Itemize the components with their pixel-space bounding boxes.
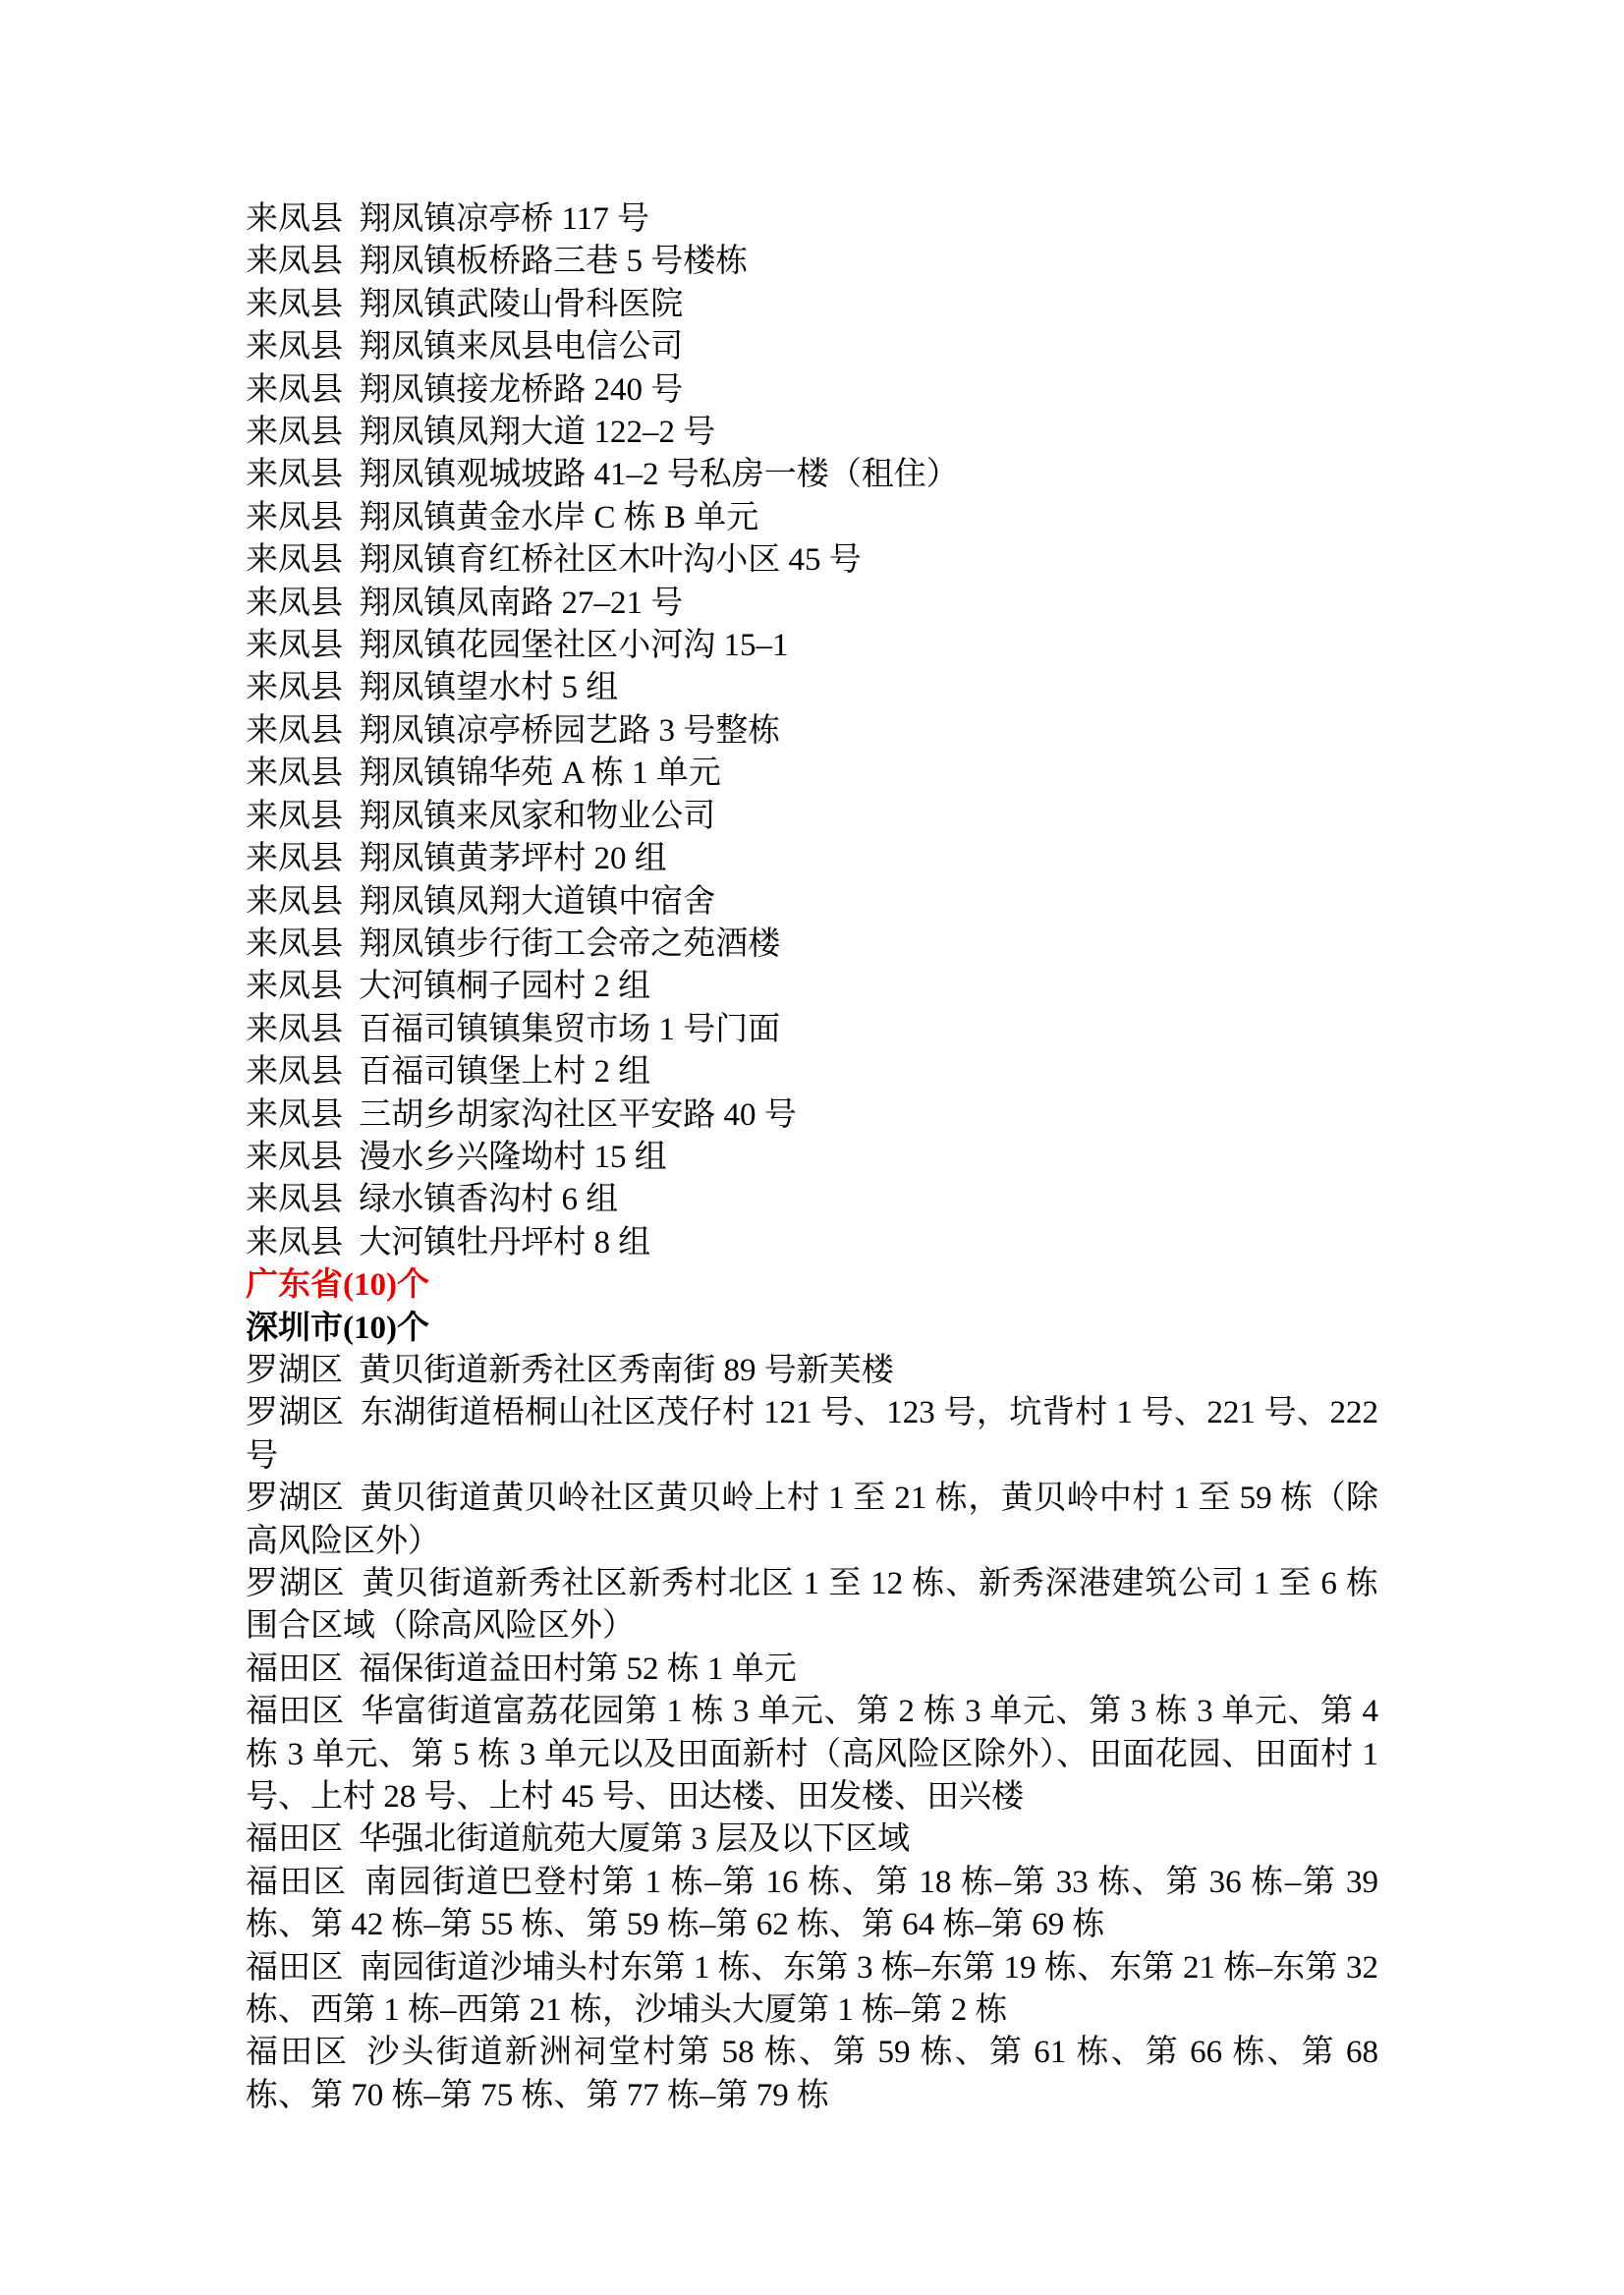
address-text: 绿水镇香沟村 6 组: [359, 1182, 618, 1217]
risk-area-entry: 福田区 华富街道富荔花园第 1 栋 3 单元、第 2 栋 3 单元、第 3 栋 …: [246, 1691, 1378, 1819]
address-text: 南园街道沙埔头村东第 1 栋、东第 3 栋–东第 19 栋、东第 21 栋–东第…: [246, 1950, 1378, 2028]
region-label: 来凤县: [246, 287, 343, 322]
address-text: 翔凤镇凤南路 27–21 号: [359, 586, 683, 621]
region-label: 来凤县: [246, 1225, 343, 1260]
region-label: 福田区: [246, 1694, 345, 1729]
address-text: 大河镇桐子园村 2 组: [359, 969, 650, 1004]
address-text: 南园街道巴登村第 1 栋–第 16 栋、第 18 栋–第 33 栋、第 36 栋…: [246, 1865, 1378, 1942]
address-text: 百福司镇镇集贸市场 1 号门面: [359, 1012, 780, 1047]
risk-area-entry: 来凤县 翔凤镇凤翔大道 122–2 号: [246, 412, 1378, 454]
risk-area-entry: 罗湖区 黄贝街道新秀社区新秀村北区 1 至 12 栋、新秀深港建筑公司 1 至 …: [246, 1563, 1378, 1649]
region-label: 来凤县: [246, 1182, 343, 1217]
region-label: 来凤县: [246, 244, 343, 279]
risk-area-entry: 来凤县 翔凤镇步行街工会帝之苑酒楼: [246, 924, 1378, 966]
address-text: 翔凤镇凉亭桥园艺路 3 号整栋: [359, 713, 780, 749]
risk-area-entry: 来凤县 大河镇桐子园村 2 组: [246, 966, 1378, 1008]
risk-area-entry: 福田区 福保街道益田村第 52 栋 1 单元: [246, 1649, 1378, 1691]
risk-area-entry: 罗湖区 东湖街道梧桐山社区茂仔村 121 号、123 号，坑背村 1 号、221…: [246, 1392, 1378, 1478]
address-text: 翔凤镇武陵山骨科医院: [359, 287, 683, 322]
address-text: 黄贝街道黄贝岭社区黄贝岭上村 1 至 21 栋，黄贝岭中村 1 至 59 栋（除…: [246, 1481, 1378, 1558]
address-text: 漫水乡兴隆坳村 15 组: [359, 1140, 667, 1175]
risk-area-entry: 来凤县 翔凤镇武陵山骨科医院: [246, 284, 1378, 326]
address-text: 翔凤镇接龙桥路 240 号: [359, 372, 683, 408]
region-label: 来凤县: [246, 1054, 343, 1090]
region-label: 罗湖区: [246, 1395, 344, 1430]
region-label: 来凤县: [246, 713, 343, 749]
risk-area-entry: 来凤县 三胡乡胡家沟社区平安路 40 号: [246, 1094, 1378, 1137]
address-text: 翔凤镇凤翔大道 122–2 号: [359, 415, 715, 450]
address-text: 翔凤镇望水村 5 组: [359, 670, 618, 705]
risk-area-entry: 来凤县 翔凤镇板桥路三巷 5 号楼栋: [246, 241, 1378, 283]
region-label: 福田区: [246, 2035, 349, 2070]
region-label: 来凤县: [246, 415, 343, 450]
risk-area-entry: 来凤县 翔凤镇来凤家和物业公司: [246, 796, 1378, 838]
address-text: 黄贝街道新秀社区新秀村北区 1 至 12 栋、新秀深港建筑公司 1 至 6 栋围…: [246, 1566, 1378, 1644]
address-text: 福保街道益田村第 52 栋 1 单元: [359, 1651, 797, 1687]
region-label: 来凤县: [246, 969, 343, 1004]
address-text: 华强北街道航苑大厦第 3 层及以下区域: [359, 1821, 910, 1857]
region-label: 来凤县: [246, 799, 343, 834]
risk-area-entry: 罗湖区 黄贝街道黄贝岭社区黄贝岭上村 1 至 21 栋，黄贝岭中村 1 至 59…: [246, 1478, 1378, 1563]
address-text: 三胡乡胡家沟社区平安路 40 号: [359, 1097, 797, 1133]
address-text: 翔凤镇黄茅坪村 20 组: [359, 841, 667, 876]
address-text: 翔凤镇来凤县电信公司: [359, 329, 683, 364]
region-label: 来凤县: [246, 329, 343, 364]
risk-area-entry: 来凤县 翔凤镇望水村 5 组: [246, 667, 1378, 709]
risk-area-entry: 来凤县 漫水乡兴隆坳村 15 组: [246, 1137, 1378, 1179]
address-text: 翔凤镇步行街工会帝之苑酒楼: [359, 926, 780, 962]
risk-area-entry: 来凤县 翔凤镇来凤县电信公司: [246, 326, 1378, 368]
risk-area-entry: 来凤县 翔凤镇花园堡社区小河沟 15–1: [246, 625, 1378, 667]
risk-area-entry: 罗湖区 黄贝街道新秀社区秀南街 89 号新芙楼: [246, 1350, 1378, 1392]
address-text: 黄贝街道新秀社区秀南街 89 号新芙楼: [359, 1353, 894, 1388]
address-text: 翔凤镇花园堡社区小河沟 15–1: [359, 628, 788, 663]
address-text: 沙头街道新洲祠堂村第 58 栋、第 59 栋、第 61 栋、第 66 栋、第 6…: [246, 2035, 1378, 2112]
risk-area-entry: 福田区 南园街道沙埔头村东第 1 栋、东第 3 栋–东第 19 栋、东第 21 …: [246, 1947, 1378, 2033]
region-label: 来凤县: [246, 756, 343, 791]
region-label: 福田区: [246, 1651, 343, 1687]
risk-area-entry: 来凤县 翔凤镇黄金水岸 C 栋 B 单元: [246, 497, 1378, 539]
city-header: 深圳市(10)个: [246, 1308, 1378, 1350]
region-label: 罗湖区: [246, 1566, 346, 1601]
region-label: 来凤县: [246, 1140, 343, 1175]
region-label: 福田区: [246, 1821, 343, 1857]
risk-area-entry: 来凤县 翔凤镇凤南路 27–21 号: [246, 583, 1378, 625]
region-label: 福田区: [246, 1865, 347, 1900]
region-label: 来凤县: [246, 926, 343, 962]
risk-area-entry: 来凤县 翔凤镇凉亭桥园艺路 3 号整栋: [246, 710, 1378, 753]
address-text: 翔凤镇来凤家和物业公司: [359, 799, 715, 834]
risk-area-entry: 来凤县 翔凤镇凤翔大道镇中宿舍: [246, 881, 1378, 924]
region-label: 来凤县: [246, 884, 343, 920]
risk-area-list: 来凤县 翔凤镇凉亭桥 117 号来凤县 翔凤镇板桥路三巷 5 号楼栋来凤县 翔凤…: [246, 198, 1378, 2117]
address-text: 翔凤镇锦华苑 A 栋 1 单元: [359, 756, 721, 791]
region-label: 来凤县: [246, 201, 343, 237]
risk-area-entry: 来凤县 翔凤镇凉亭桥 117 号: [246, 198, 1378, 241]
region-label: 福田区: [246, 1950, 344, 1986]
address-text: 东湖街道梧桐山社区茂仔村 121 号、123 号，坑背村 1 号、221 号、2…: [246, 1395, 1378, 1473]
region-label: 来凤县: [246, 457, 343, 492]
region-label: 来凤县: [246, 1012, 343, 1047]
address-text: 翔凤镇凤翔大道镇中宿舍: [359, 884, 715, 920]
risk-area-entry: 福田区 华强北街道航苑大厦第 3 层及以下区域: [246, 1819, 1378, 1861]
address-text: 翔凤镇板桥路三巷 5 号楼栋: [359, 244, 748, 279]
region-label: 来凤县: [246, 628, 343, 663]
risk-area-entry: 来凤县 翔凤镇育红桥社区木叶沟小区 45 号: [246, 539, 1378, 582]
risk-area-entry: 来凤县 百福司镇堡上村 2 组: [246, 1051, 1378, 1093]
address-text: 翔凤镇育红桥社区木叶沟小区 45 号: [359, 542, 862, 578]
address-text: 翔凤镇黄金水岸 C 栋 B 单元: [359, 500, 758, 535]
region-label: 来凤县: [246, 500, 343, 535]
region-label: 来凤县: [246, 372, 343, 408]
risk-area-entry: 来凤县 翔凤镇锦华苑 A 栋 1 单元: [246, 753, 1378, 795]
region-label: 罗湖区: [246, 1481, 344, 1516]
risk-area-entry: 来凤县 百福司镇镇集贸市场 1 号门面: [246, 1009, 1378, 1051]
risk-area-entry: 来凤县 翔凤镇观城坡路 41–2 号私房一楼（租住）: [246, 454, 1378, 496]
region-label: 来凤县: [246, 586, 343, 621]
region-label: 来凤县: [246, 542, 343, 578]
risk-area-entry: 来凤县 翔凤镇黄茅坪村 20 组: [246, 838, 1378, 880]
document-page: 来凤县 翔凤镇凉亭桥 117 号来凤县 翔凤镇板桥路三巷 5 号楼栋来凤县 翔凤…: [0, 0, 1624, 2295]
risk-area-entry: 来凤县 绿水镇香沟村 6 组: [246, 1179, 1378, 1221]
province-header: 广东省(10)个: [246, 1264, 1378, 1307]
address-text: 翔凤镇凉亭桥 117 号: [359, 201, 649, 237]
address-text: 大河镇牡丹坪村 8 组: [359, 1225, 650, 1260]
address-text: 百福司镇堡上村 2 组: [359, 1054, 650, 1090]
risk-area-entry: 来凤县 大河镇牡丹坪村 8 组: [246, 1222, 1378, 1264]
region-label: 来凤县: [246, 841, 343, 876]
risk-area-entry: 福田区 南园街道巴登村第 1 栋–第 16 栋、第 18 栋–第 33 栋、第 …: [246, 1862, 1378, 1947]
region-label: 罗湖区: [246, 1353, 343, 1388]
address-text: 翔凤镇观城坡路 41–2 号私房一楼（租住）: [359, 457, 959, 492]
region-label: 来凤县: [246, 1097, 343, 1133]
address-text: 华富街道富荔花园第 1 栋 3 单元、第 2 栋 3 单元、第 3 栋 3 单元…: [246, 1694, 1378, 1815]
risk-area-entry: 福田区 沙头街道新洲祠堂村第 58 栋、第 59 栋、第 61 栋、第 66 栋…: [246, 2032, 1378, 2117]
risk-area-entry: 来凤县 翔凤镇接龙桥路 240 号: [246, 369, 1378, 412]
region-label: 来凤县: [246, 670, 343, 705]
